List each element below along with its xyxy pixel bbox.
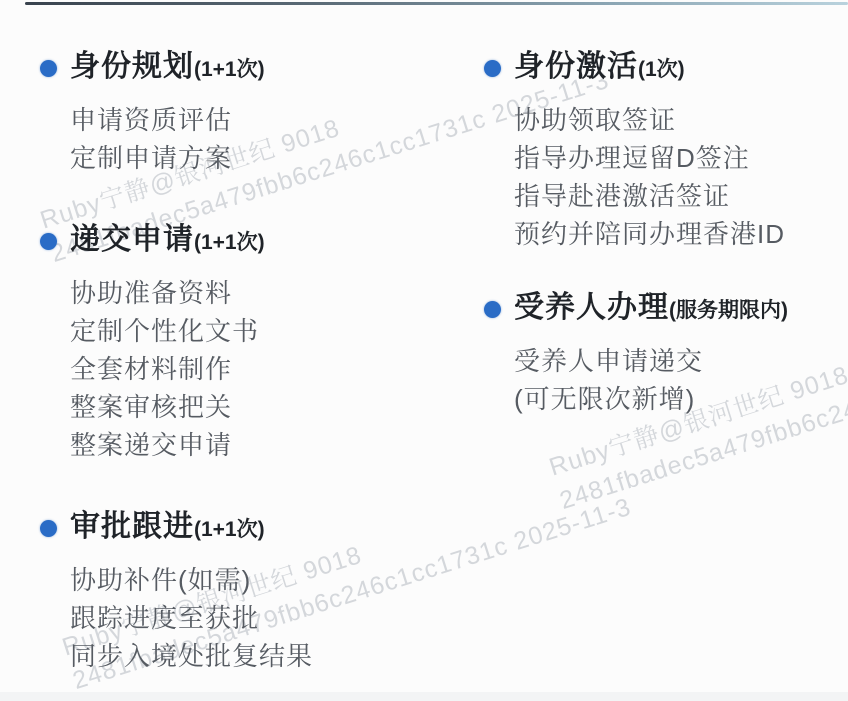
section-title-text: 受养人办理 [514, 291, 669, 324]
list-item: 协助领取签证 [514, 101, 848, 139]
section-heading: 审批跟进(1+1次) [40, 506, 470, 551]
bullet-icon [40, 520, 57, 537]
section-heading: 递交申请(1+1次) [40, 219, 470, 264]
section-items: 受养人申请递交 (可无限次新增) [484, 342, 848, 418]
section-items: 协助领取签证 指导办理逗留D签注 指导赴港激活签证 预约并陪同办理香港ID [484, 101, 848, 253]
section-title-suffix: (1+1次) [194, 518, 265, 541]
section-heading: 身份规划(1+1次) [40, 46, 470, 91]
list-item: 定制申请方案 [70, 139, 470, 177]
section-title: 身份规划(1+1次) [70, 46, 265, 91]
section-items: 协助补件(如需) 跟踪进度至获批 同步入境处批复结果 [40, 561, 470, 675]
list-item: 协助补件(如需) [70, 561, 470, 599]
top-divider [25, 2, 848, 5]
section-title: 审批跟进(1+1次) [70, 506, 265, 551]
list-item: 全套材料制作 [70, 350, 470, 388]
section-identity-activation: 身份激活(1次) 协助领取签证 指导办理逗留D签注 指导赴港激活签证 预约并陪同… [484, 46, 848, 253]
section-title-text: 身份规划 [70, 50, 194, 83]
bullet-icon [40, 60, 57, 77]
list-item: 整案审核把关 [70, 388, 470, 426]
section-title-suffix: (1+1次) [194, 58, 265, 81]
bullet-icon [40, 233, 57, 250]
list-item: 定制个性化文书 [70, 312, 470, 350]
section-items: 申请资质评估 定制申请方案 [40, 101, 470, 177]
right-column: 身份激活(1次) 协助领取签证 指导办理逗留D签注 指导赴港激活签证 预约并陪同… [484, 46, 848, 418]
list-item: 指导赴港激活签证 [514, 177, 848, 215]
section-title: 身份激活(1次) [514, 46, 685, 91]
left-column: 身份规划(1+1次) 申请资质评估 定制申请方案 递交申请(1+1次) 协助准备… [40, 46, 470, 675]
section-approval-followup: 审批跟进(1+1次) 协助补件(如需) 跟踪进度至获批 同步入境处批复结果 [40, 506, 470, 675]
section-title-text: 身份激活 [514, 50, 638, 83]
section-items: 协助准备资料 定制个性化文书 全套材料制作 整案审核把关 整案递交申请 [40, 274, 470, 464]
list-item: 协助准备资料 [70, 274, 470, 312]
bullet-icon [484, 301, 501, 318]
section-title-suffix: (1+1次) [194, 231, 265, 254]
section-title-text: 递交申请 [70, 223, 194, 256]
section-heading: 身份激活(1次) [484, 46, 848, 91]
list-item: 跟踪进度至获批 [70, 599, 470, 637]
section-title: 受养人办理(服务期限内) [514, 287, 788, 332]
list-item: (可无限次新增) [514, 380, 848, 418]
section-dependant-processing: 受养人办理(服务期限内) 受养人申请递交 (可无限次新增) [484, 287, 848, 418]
list-item: 预约并陪同办理香港ID [514, 215, 848, 253]
list-item: 申请资质评估 [70, 101, 470, 139]
section-identity-planning: 身份规划(1+1次) 申请资质评估 定制申请方案 [40, 46, 470, 177]
list-item: 整案递交申请 [70, 426, 470, 464]
service-package-sheet: Ruby宁静@银河世纪 9018 2481fbadec5a479fbb6c246… [0, 0, 848, 701]
section-heading: 受养人办理(服务期限内) [484, 287, 848, 332]
list-item: 指导办理逗留D签注 [514, 139, 848, 177]
list-item: 受养人申请递交 [514, 342, 848, 380]
list-item: 同步入境处批复结果 [70, 637, 470, 675]
section-title-suffix: (服务期限内) [669, 299, 788, 322]
section-title: 递交申请(1+1次) [70, 219, 265, 264]
section-title-suffix: (1次) [638, 58, 685, 81]
section-title-text: 审批跟进 [70, 510, 194, 543]
bottom-edge-band [0, 692, 848, 701]
section-submit-application: 递交申请(1+1次) 协助准备资料 定制个性化文书 全套材料制作 整案审核把关 … [40, 219, 470, 464]
bullet-icon [484, 60, 501, 77]
